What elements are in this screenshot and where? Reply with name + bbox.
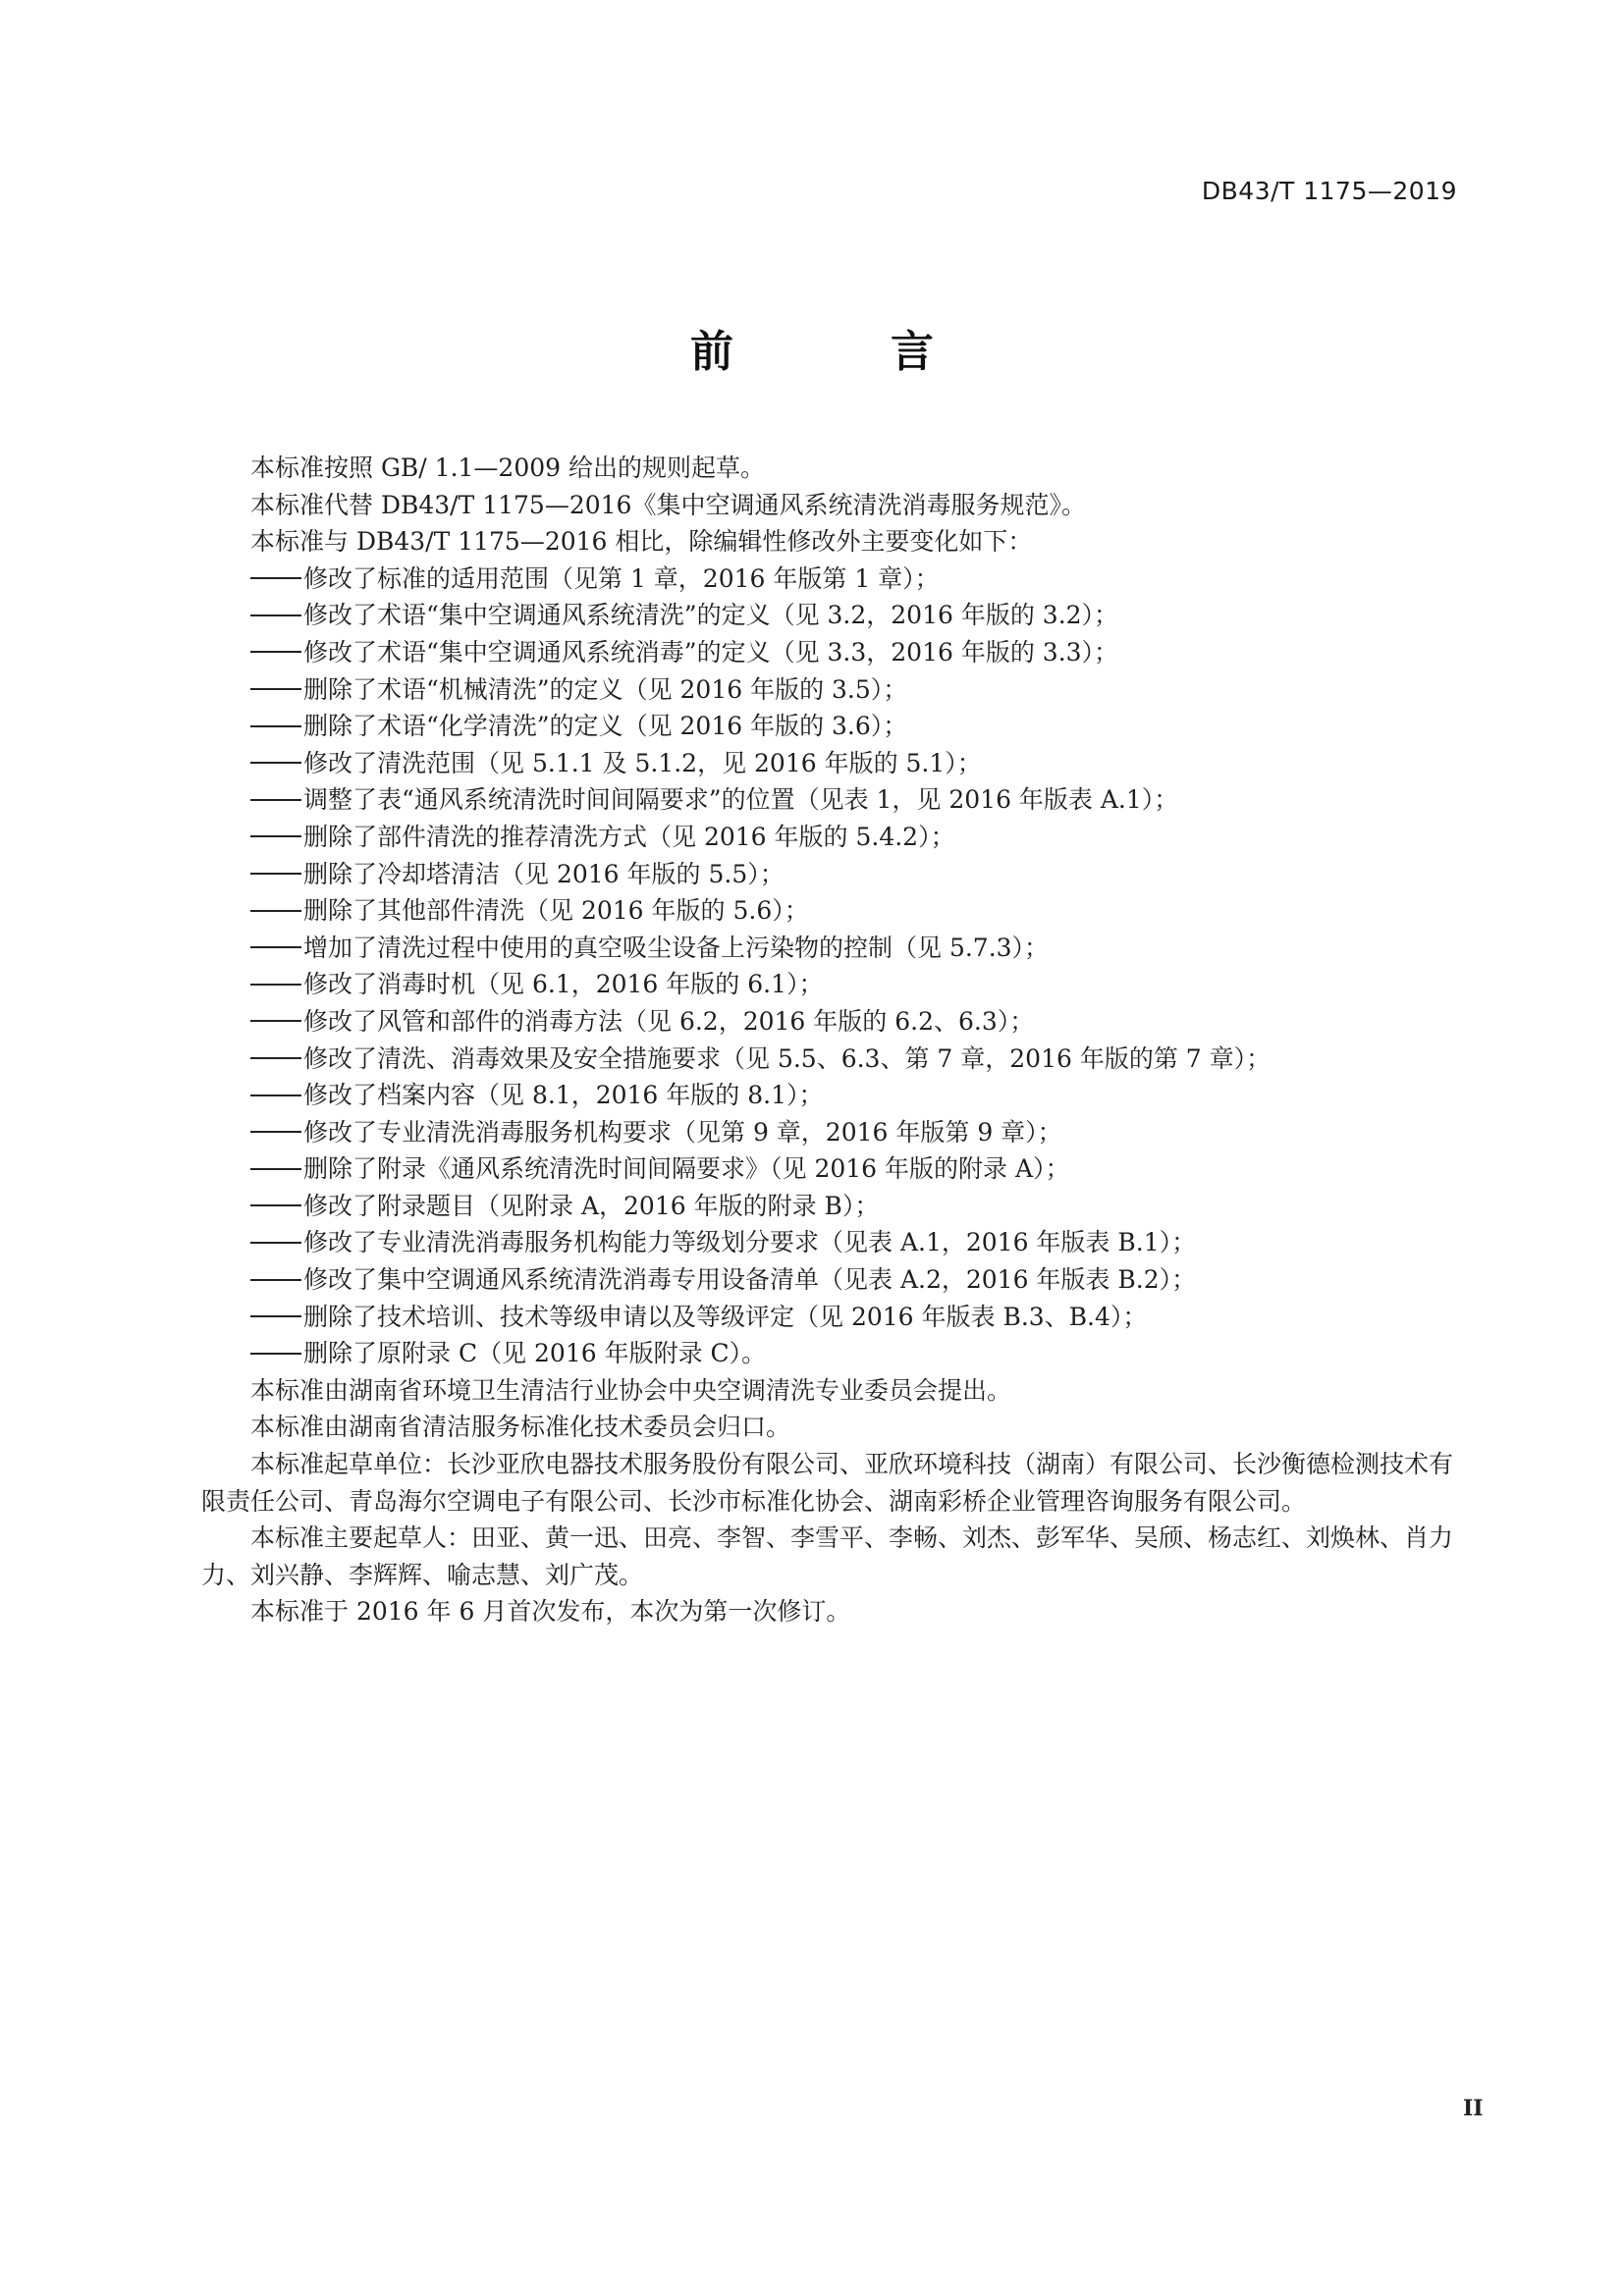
list-item: 修改了清洗范围（见 5.1.1 及 5.1.2，见 2016 年版的 5.1）； [201, 745, 1468, 782]
list-item: 修改了风管和部件的消毒方法（见 6.2，2016 年版的 6.2、6.3）； [201, 1003, 1468, 1041]
list-item: 删除了技术培训、技术等级申请以及等级评定（见 2016 年版表 B.3、B.4）… [201, 1299, 1468, 1336]
dash-icon [250, 984, 301, 986]
list-item: 修改了专业清洗消毒服务机构能力等级划分要求（见表 A.1，2016 年版表 B.… [201, 1224, 1468, 1261]
list-item: 删除了术语“化学清洗”的定义（见 2016 年版的 3.6）； [201, 708, 1468, 745]
dash-icon [250, 1353, 301, 1355]
list-item: 删除了术语“机械清洗”的定义（见 2016 年版的 3.5）； [201, 671, 1468, 709]
dash-icon [250, 725, 301, 727]
dash-icon [250, 910, 301, 912]
paragraph-replaces: 本标准代替 DB43/T 1175—2016《集中空调通风系统清洗消毒服务规范》… [201, 487, 1468, 524]
dash-icon [250, 1020, 301, 1022]
list-item: 删除了附录《通风系统清洗时间间隔要求》（见 2016 年版的附录 A）； [201, 1150, 1468, 1188]
list-item: 修改了术语“集中空调通风系统清洗”的定义（见 3.2，2016 年版的 3.2）… [201, 597, 1468, 634]
dash-icon [250, 577, 301, 579]
list-item: 修改了标准的适用范围（见第 1 章，2016 年版第 1 章）； [201, 561, 1468, 598]
document-code: DB43/T 1175—2019 [1202, 177, 1457, 205]
dash-icon [250, 1095, 301, 1096]
list-item: 删除了冷却塔清洁（见 2016 年版的 5.5）； [201, 856, 1468, 893]
paragraph-drafting-rules: 本标准按照 GB/ 1.1—2009 给出的规则起草。 [201, 450, 1468, 487]
list-item: 修改了消毒时机（见 6.1，2016 年版的 6.1）； [201, 966, 1468, 1003]
dash-icon [250, 799, 301, 801]
list-item: 修改了清洗、消毒效果及安全措施要求（见 5.5、6.3、第 7 章，2016 年… [201, 1041, 1468, 1078]
dash-icon [250, 1168, 301, 1170]
list-item: 增加了清洗过程中使用的真空吸尘设备上污染物的控制（见 5.7.3）； [201, 930, 1468, 967]
dash-icon [250, 835, 301, 837]
list-item: 调整了表“通风系统清洗时间间隔要求”的位置（见表 1，见 2016 年版表 A.… [201, 781, 1468, 819]
list-item: 修改了术语“集中空调通风系统消毒”的定义（见 3.3，2016 年版的 3.3）… [201, 634, 1468, 671]
list-item: 删除了其他部件清洗（见 2016 年版的 5.6）； [201, 892, 1468, 930]
paragraph-proposed-by: 本标准由湖南省环境卫生清洁行业协会中央空调清洗专业委员会提出。 [201, 1372, 1468, 1410]
paragraph-changes-intro: 本标准与 DB43/T 1175—2016 相比，除编辑性修改外主要变化如下： [201, 523, 1468, 561]
paragraph-publication-history: 本标准于 2016 年 6 月首次发布，本次为第一次修订。 [201, 1593, 1468, 1630]
list-item: 删除了原附录 C（见 2016 年版附录 C）。 [201, 1335, 1468, 1372]
dash-icon [250, 614, 301, 616]
dash-icon [250, 1315, 301, 1317]
page-title: 前 言 [0, 316, 1624, 379]
list-item: 修改了集中空调通风系统清洗消毒专用设备清单（见表 A.2，2016 年版表 B.… [201, 1261, 1468, 1299]
dash-icon [250, 651, 301, 653]
paragraph-drafting-units: 本标准起草单位：长沙亚欣电器技术服务股份有限公司、亚欣环境科技（湖南）有限公司、… [201, 1446, 1468, 1520]
foreword-body: 本标准按照 GB/ 1.1—2009 给出的规则起草。 本标准代替 DB43/T… [201, 450, 1468, 1630]
dash-icon [250, 1204, 301, 1206]
dash-icon [250, 688, 301, 690]
dash-icon [250, 873, 301, 875]
dash-icon [250, 1131, 301, 1133]
list-item: 修改了档案内容（见 8.1，2016 年版的 8.1）； [201, 1077, 1468, 1114]
dash-icon [250, 1279, 301, 1281]
list-item: 删除了部件清洗的推荐清洗方式（见 2016 年版的 5.4.2）； [201, 819, 1468, 856]
dash-icon [250, 1242, 301, 1244]
dash-icon [250, 946, 301, 948]
paragraph-under-jurisdiction: 本标准由湖南省清洁服务标准化技术委员会归口。 [201, 1409, 1468, 1446]
dash-icon [250, 762, 301, 764]
list-item: 修改了附录题目（见附录 A，2016 年版的附录 B）； [201, 1188, 1468, 1225]
list-item: 修改了专业清洗消毒服务机构要求（见第 9 章，2016 年版第 9 章）； [201, 1114, 1468, 1151]
changes-list: 修改了标准的适用范围（见第 1 章，2016 年版第 1 章）； 修改了术语“集… [201, 561, 1468, 1372]
page-number: II [1463, 2096, 1484, 2121]
dash-icon [250, 1057, 301, 1059]
paragraph-drafters: 本标准主要起草人：田亚、黄一迅、田亮、李智、李雪平、李畅、刘杰、彭军华、吴颀、杨… [201, 1520, 1468, 1593]
